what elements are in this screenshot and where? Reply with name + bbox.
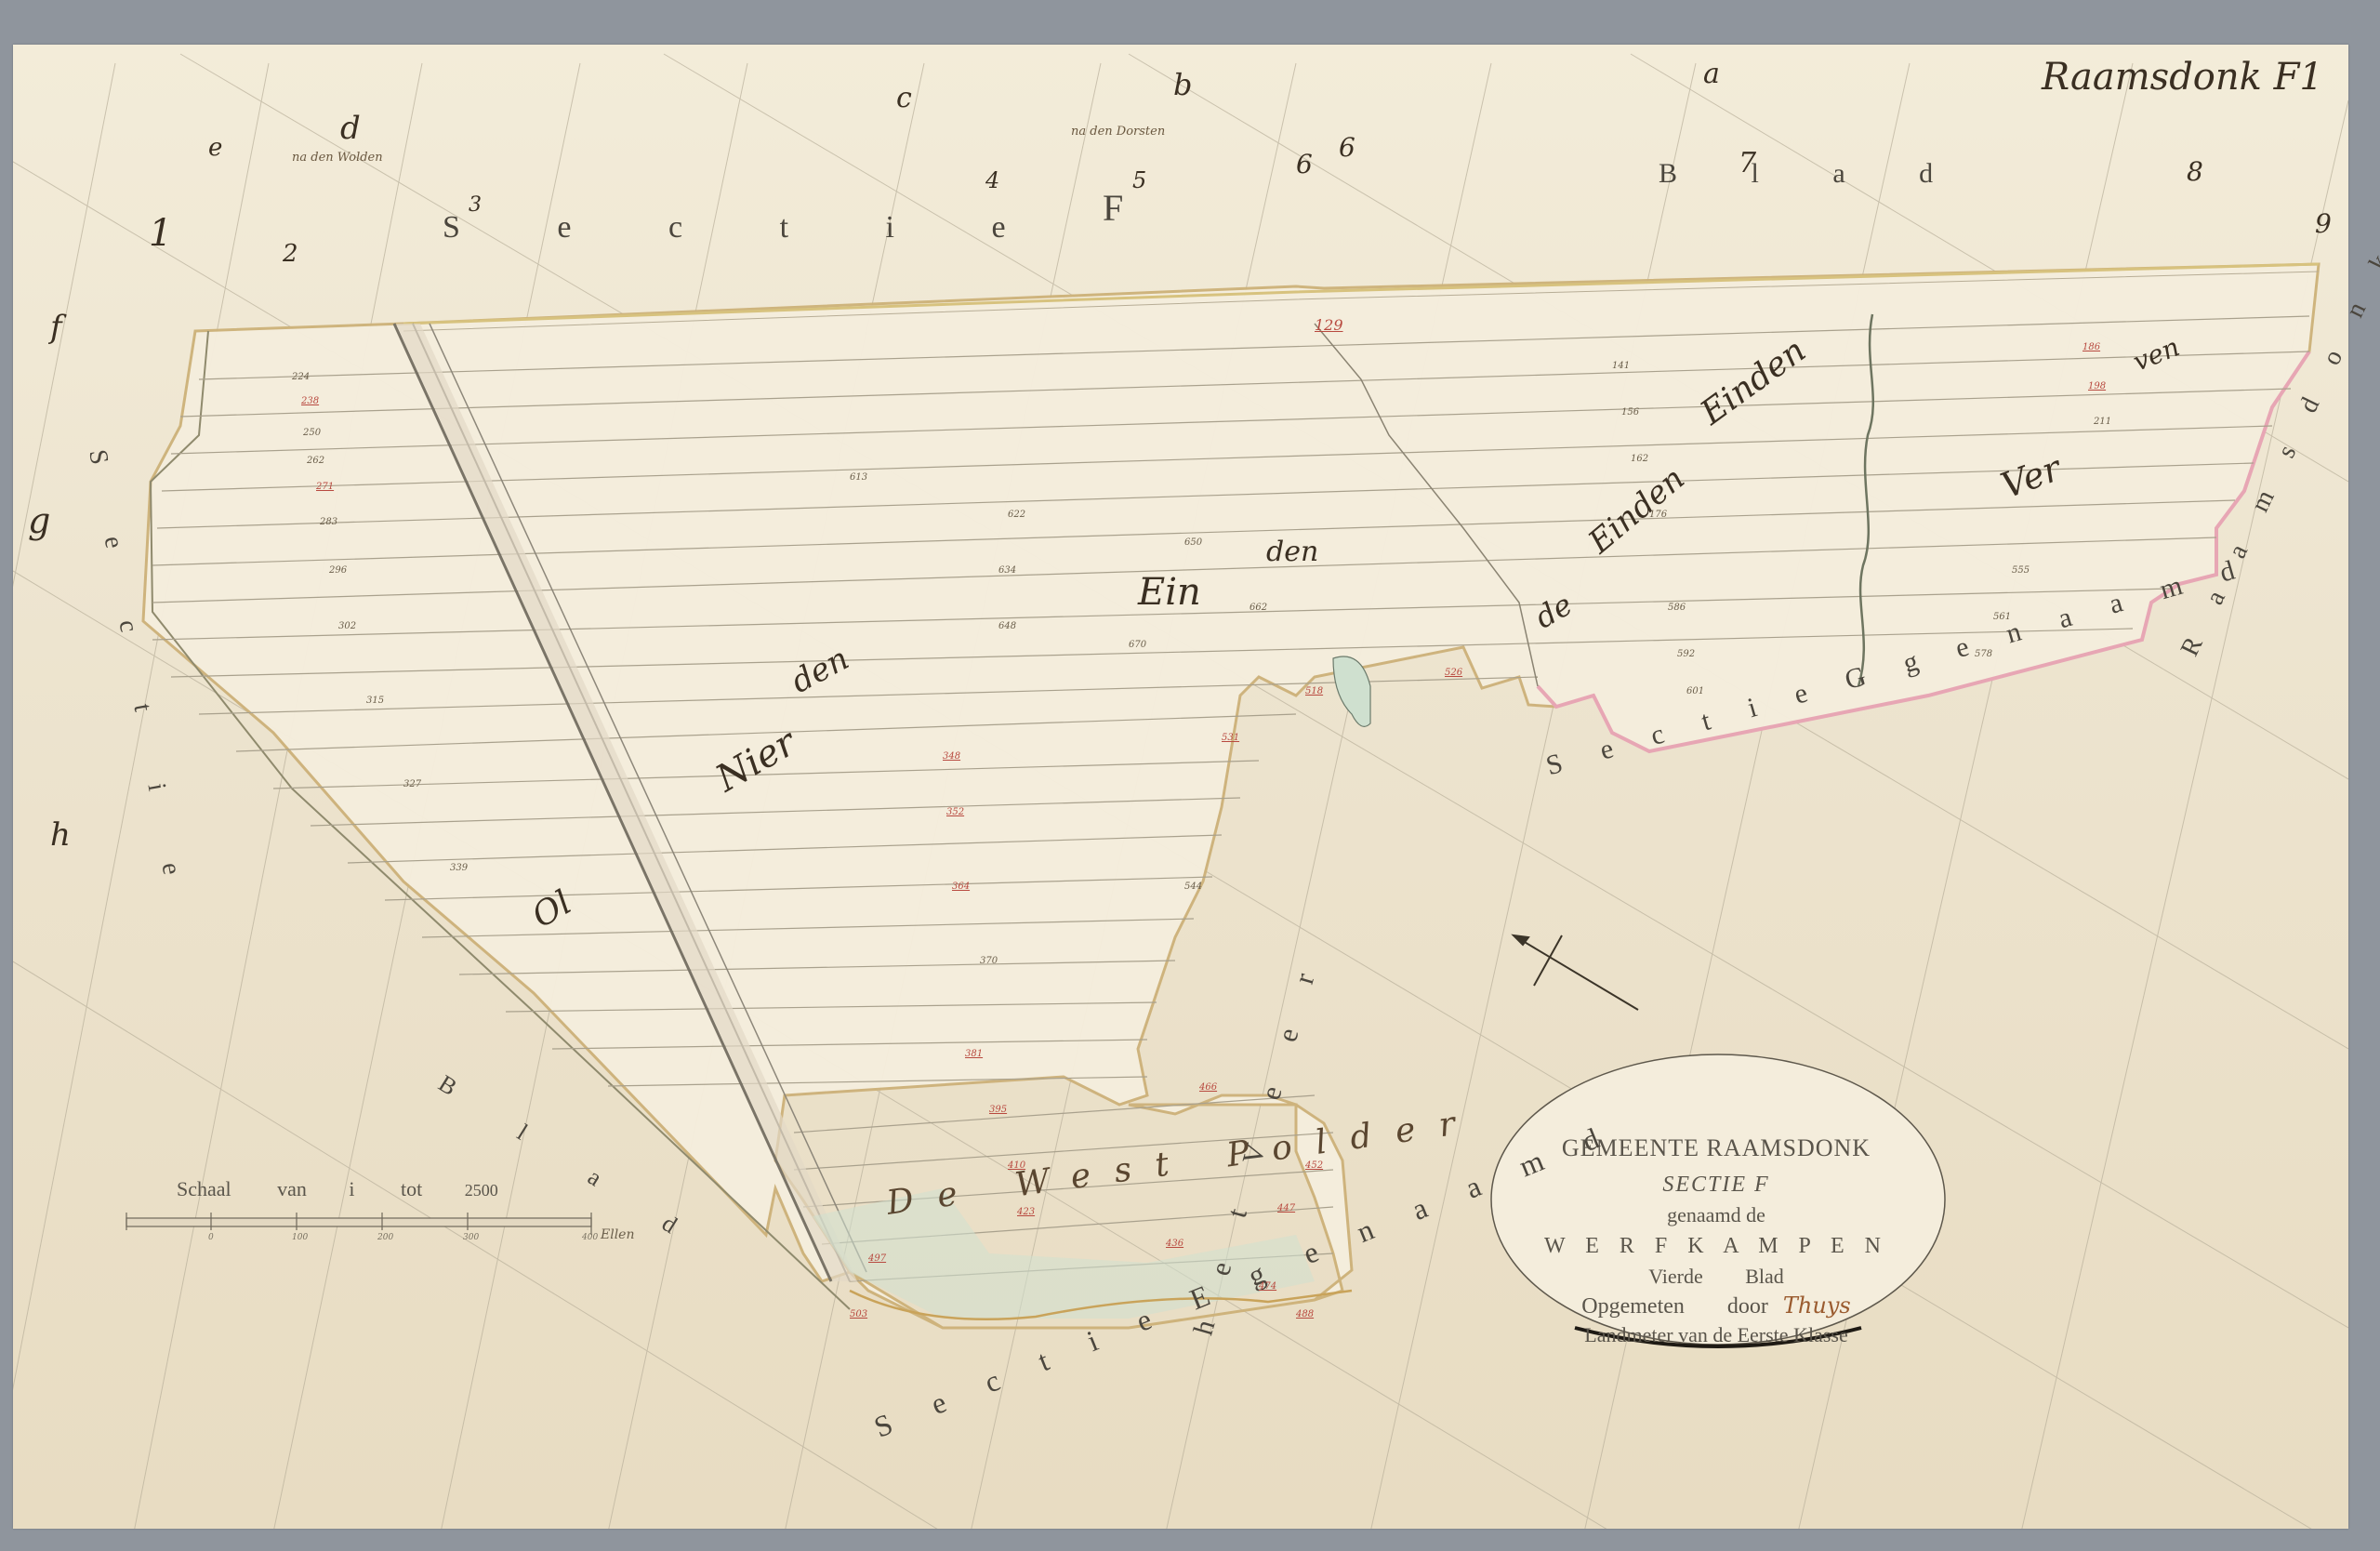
grid-letter-a: a — [1703, 58, 1720, 90]
cartouche-sheet: Vierde Blad — [1489, 1266, 1943, 1287]
grid-number-5: 5 — [1132, 167, 1146, 193]
plot-number: 352 — [946, 807, 964, 817]
grid-letter-b: b — [1173, 67, 1192, 102]
grid-letter-f: f — [50, 309, 62, 346]
map-sheet: Raamsdonk F1 S e c t i e F B l a d S e c… — [13, 45, 2348, 1529]
surveyor-signature: Thuys — [1783, 1292, 1851, 1319]
plot-number: 262 — [307, 456, 324, 466]
plot-number: 613 — [850, 472, 867, 483]
plot-number: 348 — [943, 751, 960, 762]
plot-number: 423 — [1017, 1207, 1035, 1217]
plot-number: 592 — [1677, 649, 1695, 659]
plot-number: 224 — [292, 372, 310, 382]
plot-number: 544 — [1184, 882, 1202, 892]
plot-number: 436 — [1166, 1239, 1183, 1249]
scale-label: Schaal van i tot 2500 — [177, 1177, 498, 1201]
grid-number-8: 8 — [2187, 156, 2203, 187]
plot-number: 315 — [366, 696, 384, 706]
plot-number: 518 — [1305, 686, 1323, 696]
plot-number: 526 — [1445, 668, 1462, 678]
grid-number-1: 1 — [149, 212, 172, 255]
cartouche-municipality: GEMEENTE RAAMSDONK — [1489, 1136, 1943, 1160]
grid-number-6b: 6 — [1339, 132, 1355, 163]
plot-number: 474 — [1259, 1281, 1276, 1292]
plot-number: 497 — [868, 1253, 886, 1264]
scale-tick-200: 200 — [377, 1233, 393, 1242]
grid-number-6a: 6 — [1296, 149, 1313, 179]
grid-letter-d: d — [340, 110, 361, 147]
plot-number: 302 — [338, 621, 356, 631]
grid-letter-g: g — [28, 500, 50, 541]
plot-number: 339 — [450, 863, 468, 873]
plot-number: 622 — [1008, 510, 1025, 520]
plot-number: 578 — [1975, 649, 1992, 659]
plot-number: 410 — [1008, 1160, 1025, 1171]
label-blad-top: B l a d — [1659, 158, 1966, 190]
cartouche: GEMEENTE RAAMSDONK SECTIE F genaamd de W… — [1489, 1105, 1943, 1384]
plot-number: 176 — [1649, 510, 1667, 520]
scale-word: Schaal — [177, 1177, 231, 1200]
top-note-wolden: na den Wolden — [292, 151, 383, 165]
sheet-title: Raamsdonk F1 — [2042, 56, 2323, 99]
plot-number: 648 — [998, 621, 1016, 631]
compass-north-arrow — [1514, 935, 1638, 1010]
cartouche-name: W E R F K A M P E N — [1489, 1235, 1943, 1257]
plot-number: 327 — [403, 779, 421, 789]
label-sectie-top: S e c t i e — [443, 210, 1051, 245]
cartouche-surveyor-title: Landmeter van de Eerste Klasse — [1489, 1325, 1943, 1346]
plot-number: 601 — [1686, 686, 1704, 696]
plot-number: 271 — [316, 482, 334, 492]
top-note-dorsten: na den Dorsten — [1071, 125, 1165, 139]
plot-number: 364 — [952, 882, 970, 892]
grid-number-4: 4 — [985, 167, 999, 193]
plot-number: 156 — [1621, 407, 1639, 418]
plot-number: 662 — [1249, 603, 1267, 613]
plot-number: 650 — [1184, 537, 1202, 548]
plot-number: 296 — [329, 565, 347, 576]
plot-number: 447 — [1277, 1203, 1295, 1213]
plot-number: 370 — [980, 956, 998, 966]
plot-number: 141 — [1612, 361, 1630, 371]
scale-van: van — [277, 1177, 307, 1200]
field-name-ein: Ein — [1138, 571, 1201, 614]
plot-number: 198 — [2088, 381, 2106, 391]
scale-tick-300: 300 — [463, 1233, 479, 1242]
scale-value: 2500 — [465, 1181, 498, 1200]
grid-number-9: 9 — [2315, 208, 2332, 239]
plot-number: 555 — [2012, 565, 2030, 576]
plot-number: 466 — [1199, 1082, 1217, 1093]
plot-number: 634 — [998, 565, 1016, 576]
plot-number: 561 — [1993, 612, 2011, 622]
plot-number: 670 — [1129, 640, 1146, 650]
scale-tot: tot — [401, 1177, 422, 1200]
plot-number: 283 — [320, 517, 337, 527]
scale-unit: Ellen — [601, 1227, 634, 1242]
plot-number: 531 — [1222, 733, 1239, 743]
scale-tick-400: 400 — [582, 1233, 598, 1242]
grid-number-2: 2 — [283, 240, 298, 268]
plot-number: 250 — [303, 428, 321, 438]
scale-tick-0: 0 — [208, 1233, 214, 1242]
grid-letter-h: h — [50, 816, 71, 854]
grid-letter-e: e — [208, 134, 222, 162]
scale-tick-100: 100 — [292, 1233, 308, 1242]
plot-number: 503 — [850, 1309, 867, 1319]
plot-number: 211 — [2094, 417, 2111, 427]
grid-number-7: 7 — [1739, 147, 1756, 179]
plot-number: 488 — [1296, 1309, 1314, 1319]
plot-number: 586 — [1668, 603, 1686, 613]
plot-number: 186 — [2082, 342, 2100, 352]
grid-letter-c: c — [896, 82, 912, 114]
plot-number: 452 — [1305, 1160, 1323, 1171]
plot-number: 238 — [301, 396, 319, 406]
plot-number: 381 — [965, 1049, 983, 1059]
plot-number: 395 — [989, 1105, 1007, 1115]
cartouche-surveyed-label: Opgemeten door — [1581, 1294, 1768, 1319]
cartouche-named: genaamd de — [1489, 1205, 1943, 1226]
cartouche-section: SECTIE F — [1489, 1173, 1943, 1196]
grid-number-3: 3 — [469, 193, 482, 217]
plot-number: 129 — [1315, 316, 1343, 334]
cartouche-surveyed: Opgemeten door Thuys — [1489, 1294, 1943, 1318]
scale-one: i — [349, 1177, 354, 1200]
field-name-den-1: den — [1266, 536, 1318, 568]
plot-number: 162 — [1631, 454, 1648, 464]
